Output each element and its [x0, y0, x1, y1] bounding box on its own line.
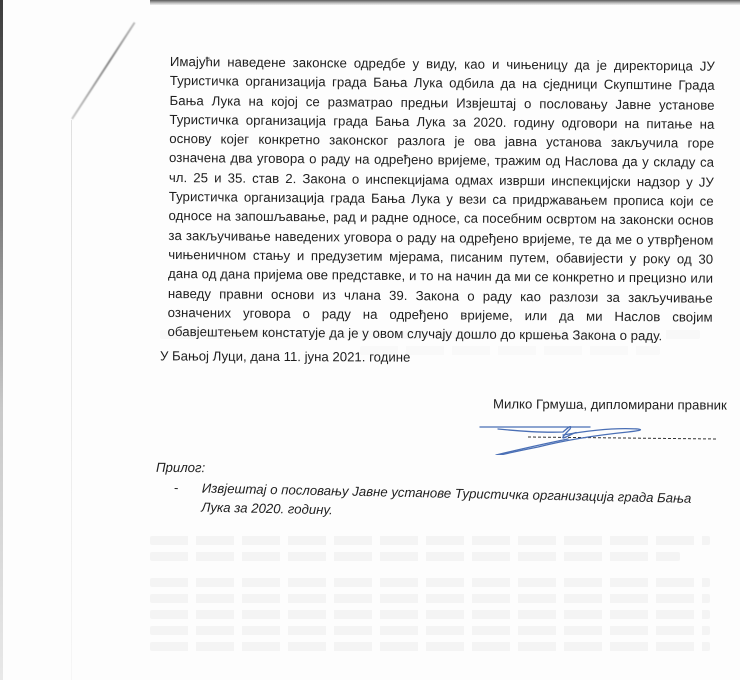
handwritten-signature [478, 415, 718, 455]
bleed-through-text [150, 626, 710, 635]
bleed-through-text [150, 642, 710, 651]
bleed-through-text [150, 552, 680, 561]
bleed-through-text [150, 610, 710, 619]
letter-body: Имајући наведене законске одредбе у виду… [167, 52, 715, 346]
scan-top-edge-shadow [150, 0, 740, 5]
bleed-through-text [150, 594, 710, 603]
folded-corner-edge [71, 120, 72, 680]
scan-left-edge-shadow [0, 0, 3, 680]
body-paragraph: Имајући наведене законске одредбе у виду… [167, 52, 715, 346]
attachment-text: Извјештај о пословању Јавне установе Тур… [201, 479, 714, 528]
place-and-date: У Бањој Луци, дана 11. јуна 2021. године [160, 348, 410, 364]
signer-name: Милко Грмуша, дипломирани правник [493, 396, 727, 412]
list-bullet: - [173, 478, 202, 517]
attachment-list: - Извјештај о пословању Јавне установе Т… [173, 478, 714, 527]
bleed-through-text [150, 578, 710, 587]
attachment-item: - Извјештај о пословању Јавне установе Т… [173, 478, 714, 527]
folded-corner-crease [71, 22, 135, 120]
bleed-through-text [150, 536, 710, 545]
attachment-label: Прилог: [156, 460, 205, 475]
scanned-page: Имајући наведене законске одредбе у виду… [0, 0, 740, 680]
